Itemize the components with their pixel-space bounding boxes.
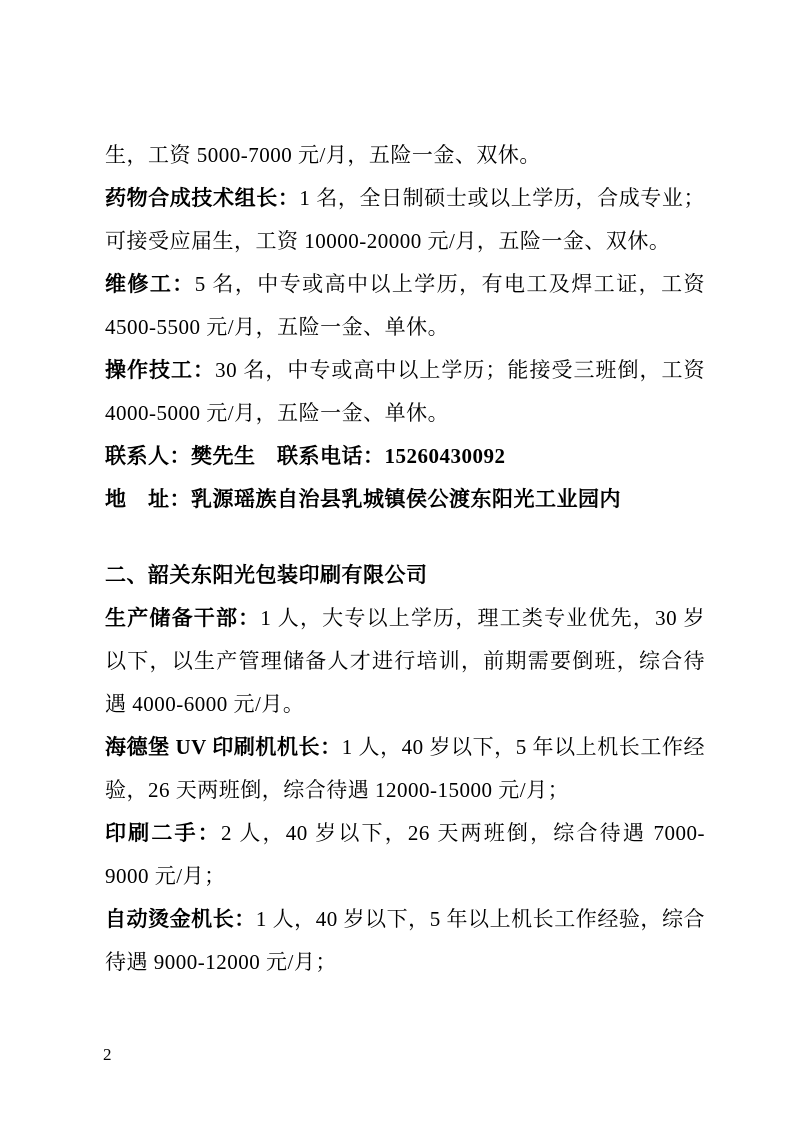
paragraph: 印刷二手：2 人，40 岁以下，26 天两班倒，综合待遇 7000-9000 元… — [105, 812, 705, 898]
job-title-lead: 二、韶关东阳光包装印刷有限公司 — [105, 563, 428, 587]
page-number: 2 — [103, 1042, 112, 1068]
job-title-lead: 操作技工： — [105, 358, 215, 382]
section-heading: 二、韶关东阳光包装印刷有限公司 — [105, 554, 705, 597]
paragraph: 联系人：樊先生 联系电话：15260430092 — [105, 435, 705, 478]
job-title-lead: 药物合成技术组长： — [105, 186, 299, 210]
job-title-lead: 自动烫金机长： — [105, 907, 256, 931]
paragraph: 维修工：5 名，中专或高中以上学历，有电工及焊工证，工资 4500-5500 元… — [105, 263, 705, 349]
paragraph-text: 生，工资 5000-7000 元/月，五险一金、双休。 — [105, 143, 541, 167]
paragraph: 药物合成技术组长：1 名，全日制硕士或以上学历，合成专业；可接受应届生，工资 1… — [105, 177, 705, 263]
contact-line: 地 址：乳源瑶族自治县乳城镇侯公渡东阳光工业园内 — [105, 487, 621, 511]
paragraph: 自动烫金机长：1 人，40 岁以下，5 年以上机长工作经验，综合待遇 9000-… — [105, 898, 705, 984]
job-title-lead: 印刷二手： — [105, 821, 221, 845]
paragraph: 生，工资 5000-7000 元/月，五险一金、双休。 — [105, 134, 705, 177]
paragraph: 操作技工：30 名，中专或高中以上学历；能接受三班倒，工资 4000-5000 … — [105, 349, 705, 435]
job-title-lead: 生产储备干部： — [105, 606, 260, 630]
job-title-lead: 维修工： — [105, 272, 195, 296]
paragraph: 地 址：乳源瑶族自治县乳城镇侯公渡东阳光工业园内 — [105, 478, 705, 521]
contact-line: 联系人：樊先生 联系电话：15260430092 — [105, 444, 506, 468]
job-title-lead: 海德堡 UV 印刷机机长： — [105, 735, 342, 759]
paragraph-text: 5 名，中专或高中以上学历，有电工及焊工证，工资 4500-5500 元/月，五… — [105, 272, 705, 339]
paragraph: 生产储备干部：1 人，大专以上学历，理工类专业优先，30 岁以下，以生产管理储备… — [105, 597, 705, 726]
document-body: 生，工资 5000-7000 元/月，五险一金、双休。药物合成技术组长：1 名，… — [105, 134, 705, 984]
document-page: 生，工资 5000-7000 元/月，五险一金、双休。药物合成技术组长：1 名，… — [0, 0, 800, 1131]
paragraph: 海德堡 UV 印刷机机长：1 人，40 岁以下，5 年以上机长工作经验，26 天… — [105, 726, 705, 812]
